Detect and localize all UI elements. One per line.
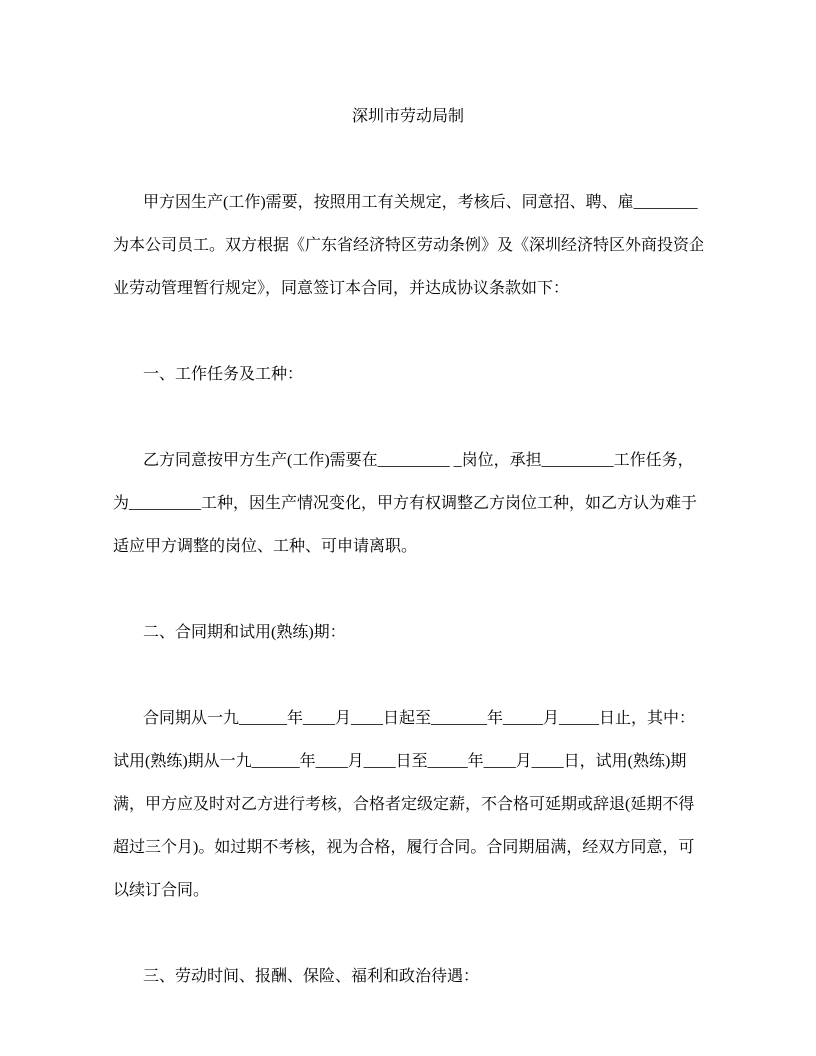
section-2-paragraph: 合同期从一九______年____月____日起至_______年_____月_…	[113, 697, 703, 912]
paragraph-line: 为_________工种，因生产情况变化，甲方有权调整乙方岗位工种，如乙方认为难…	[113, 482, 703, 525]
paragraph-line: 为本公司员工。双方根据《广东省经济特区劳动条例》及《深圳经济特区外商投资企	[113, 224, 703, 267]
section-heading-2: 二、合同期和试用(熟练)期：	[113, 611, 703, 654]
paragraph-line: 业劳动管理暂行规定》，同意签订本合同，并达成协议条款如下：	[113, 267, 703, 310]
paragraph-line: 试用(熟练)期从一九______年____月____日至_____年____月_…	[113, 740, 703, 783]
paragraph-line: 满，甲方应及时对乙方进行考核，合格者定级定薪，不合格可延期或辞退(延期不得	[113, 783, 703, 826]
contract-document-page: 深圳市劳动局制 甲方因生产(工作)需要，按照用工有关规定，考核后、同意招、聘、雇…	[0, 0, 816, 1056]
section-heading-1: 一、工作任务及工种：	[113, 353, 703, 396]
paragraph-line: 适应甲方调整的岗位、工种、可申请离职。	[113, 525, 703, 568]
section-1-paragraph: 乙方同意按甲方生产(工作)需要在_________ _岗位，承担________…	[113, 439, 703, 568]
intro-paragraph: 甲方因生产(工作)需要，按照用工有关规定，考核后、同意招、聘、雇________…	[113, 181, 703, 310]
section-heading-3: 三、劳动时间、报酬、保险、福利和政治待遇：	[113, 955, 703, 998]
paragraph-line: 合同期从一九______年____月____日起至_______年_____月_…	[113, 697, 703, 740]
paragraph-line: 超过三个月)。如过期不考核，视为合格，履行合同。合同期届满，经双方同意，可	[113, 826, 703, 869]
paragraph-line: 乙方同意按甲方生产(工作)需要在_________ _岗位，承担________…	[113, 439, 703, 482]
document-title: 深圳市劳动局制	[113, 95, 703, 138]
paragraph-line: 甲方因生产(工作)需要，按照用工有关规定，考核后、同意招、聘、雇________	[113, 181, 703, 224]
paragraph-line: 以续订合同。	[113, 869, 703, 912]
